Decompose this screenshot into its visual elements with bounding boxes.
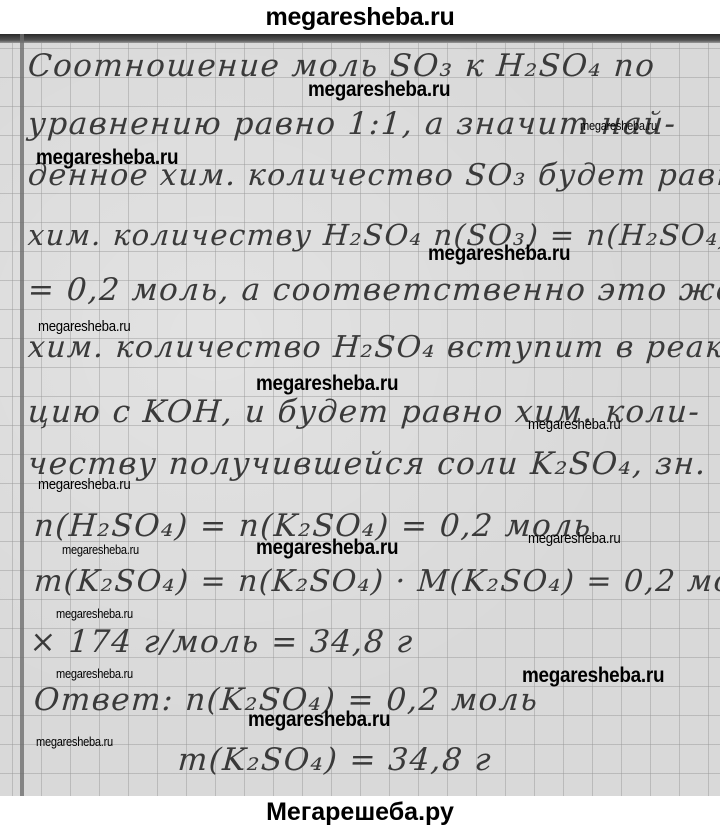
- site-footer: Мегарешеба.ру: [0, 796, 720, 829]
- watermark: megaresheba.ru: [580, 118, 657, 133]
- page-top-edge: [0, 34, 720, 43]
- watermark: megaresheba.ru: [528, 530, 620, 547]
- watermark: megaresheba.ru: [428, 242, 570, 266]
- handwritten-line-4: хим. количеству H₂SO₄ n(SO₃) = n(H₂SO₄) …: [27, 218, 720, 252]
- watermark: megaresheba.ru: [522, 664, 664, 688]
- watermark: megaresheba.ru: [256, 536, 398, 560]
- watermark: megaresheba.ru: [528, 416, 620, 433]
- handwritten-line-11: × 174 г/моль = 34,8 г: [29, 624, 415, 660]
- watermark: megaresheba.ru: [38, 476, 130, 493]
- watermark: megaresheba.ru: [62, 542, 139, 557]
- answer-line-2: m(K₂SO₄) = 34,8 г: [177, 742, 494, 778]
- watermark: megaresheba.ru: [56, 666, 133, 681]
- handwritten-line-5: = 0,2 моль, а соответственно это же: [27, 272, 720, 308]
- watermark: megaresheba.ru: [36, 734, 113, 749]
- handwritten-line-10: m(K₂SO₄) = n(K₂SO₄) · M(K₂SO₄) = 0,2 мол…: [33, 564, 720, 599]
- margin-line: [20, 34, 24, 796]
- watermark: megaresheba.ru: [308, 78, 450, 102]
- watermark: megaresheba.ru: [256, 372, 398, 396]
- watermark: megaresheba.ru: [38, 318, 130, 335]
- watermark: megaresheba.ru: [248, 708, 390, 732]
- watermark: megaresheba.ru: [56, 606, 133, 621]
- notebook-page: Соотношение моль SO₃ к H₂SO₄ по уравнени…: [0, 34, 720, 796]
- watermark: megaresheba.ru: [36, 146, 178, 170]
- site-header: megaresheba.ru: [0, 0, 720, 34]
- handwritten-line-6: хим. количество H₂SO₄ вступит в реак-: [27, 330, 720, 365]
